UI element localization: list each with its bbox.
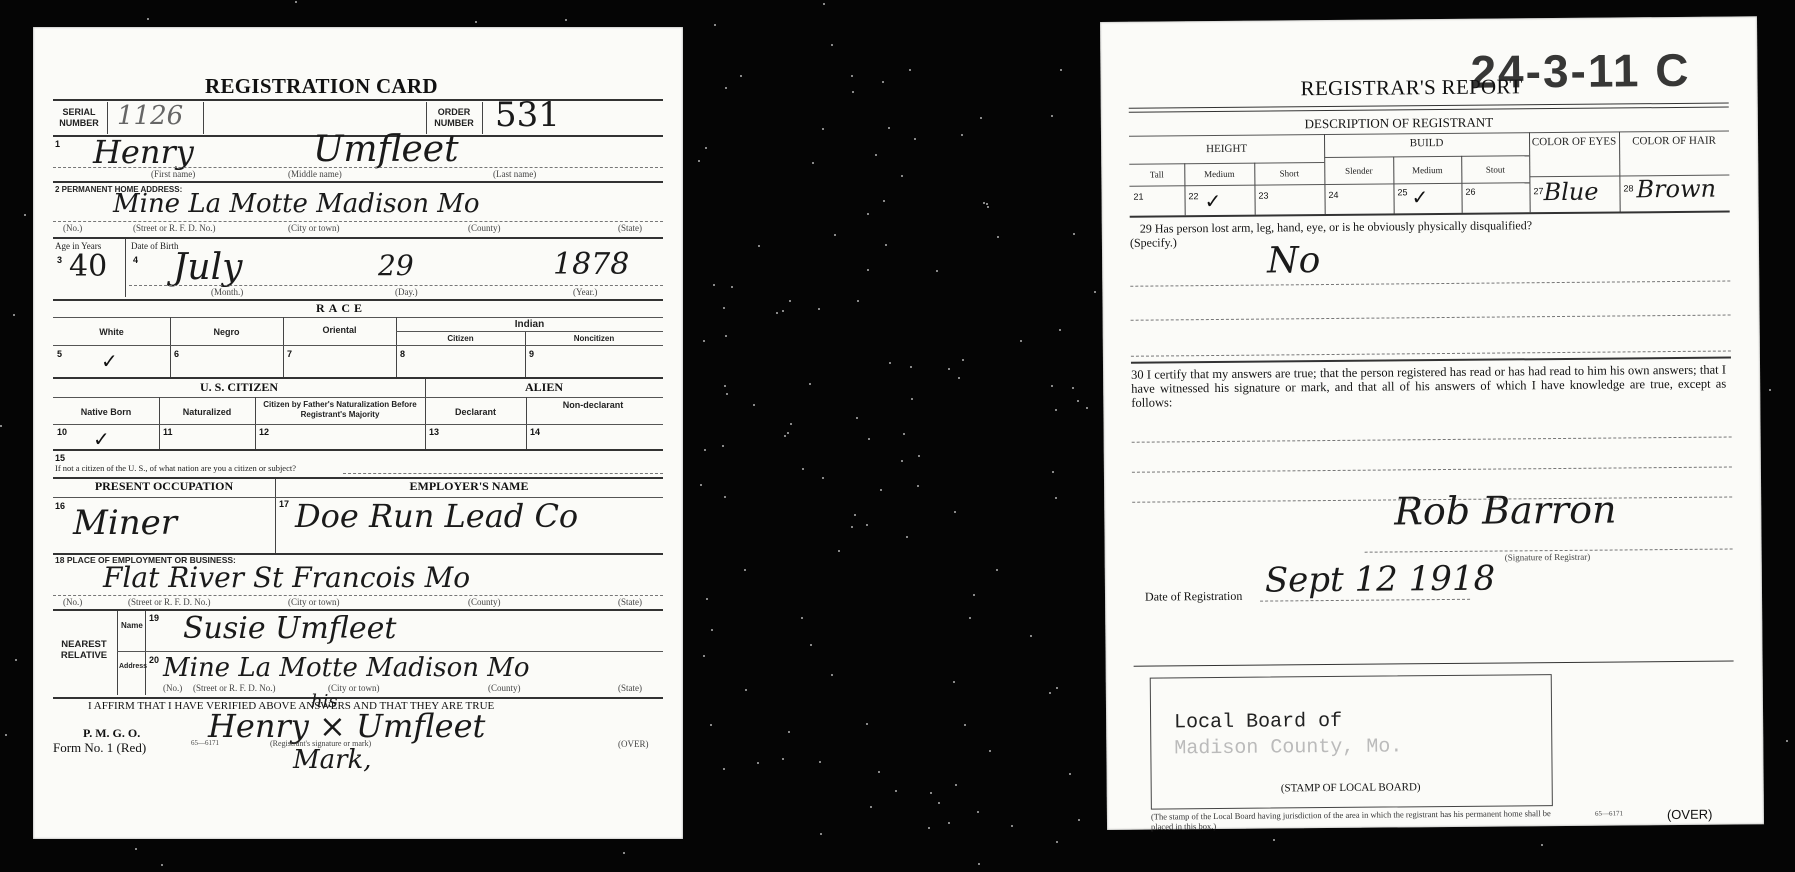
film-speck — [831, 674, 833, 676]
field-number: 14 — [530, 427, 540, 437]
registration-card: REGISTRATION CARD SERIAL NUMBER 1126 ORD… — [33, 27, 683, 839]
caption: (County) — [468, 597, 501, 607]
film-speck — [866, 524, 868, 526]
build-medium-label: Medium — [1393, 165, 1461, 176]
film-speck — [834, 234, 836, 236]
film-speck — [757, 762, 759, 764]
field-number: 6 — [174, 349, 179, 359]
film-speck — [789, 300, 791, 302]
film-speck — [867, 213, 869, 215]
build-stout-label: Stout — [1461, 164, 1529, 175]
caption: (County) — [468, 223, 501, 233]
race-title: RACE — [316, 301, 366, 316]
caption: (No.) — [63, 597, 82, 607]
field-number: 5 — [57, 349, 62, 359]
film-speck — [784, 435, 786, 437]
film-speck — [776, 312, 778, 314]
race-indian-label: Indian — [396, 319, 663, 330]
hair-color-label: COLOR OF HAIR — [1619, 135, 1729, 148]
film-speck — [851, 526, 853, 528]
film-speck — [854, 514, 856, 516]
caption: (No.) — [63, 223, 82, 233]
film-speck — [997, 236, 999, 238]
home-address: Mine La Motte Madison Mo — [113, 189, 480, 219]
stamp-county: Madison County, Mo. — [1174, 735, 1402, 760]
field-number: 12 — [259, 427, 269, 437]
field-number: 11 — [163, 427, 173, 437]
film-speck — [1056, 841, 1058, 843]
film-speck — [986, 203, 988, 205]
film-speck — [980, 117, 982, 119]
film-speck — [868, 438, 870, 440]
field-number: 25 — [1397, 187, 1407, 197]
field-number: 17 — [279, 499, 289, 509]
film-speck — [1078, 819, 1080, 821]
registrar-signature: Rob Barron — [1394, 488, 1617, 534]
occupation: Miner — [73, 503, 177, 543]
film-speck — [910, 366, 912, 368]
field-number: 27 — [1533, 186, 1543, 196]
film-speck — [987, 206, 989, 208]
first-name: Henry — [93, 133, 194, 171]
film-speck — [1059, 329, 1061, 331]
film-speck — [744, 569, 746, 571]
film-speck — [758, 245, 760, 247]
film-speck — [782, 310, 784, 312]
film-speck — [857, 300, 859, 302]
film-speck — [1541, 844, 1543, 846]
non-declarant-label: Non-declarant — [543, 400, 643, 411]
race-white-check: ✓ — [101, 349, 118, 373]
place-of-employment: Flat River St Francois Mo — [103, 561, 470, 594]
film-speck — [704, 449, 706, 451]
film-speck — [878, 771, 880, 773]
caption: (City or town) — [288, 597, 340, 607]
caption: (City or town) — [288, 223, 340, 233]
film-speck — [1049, 692, 1051, 694]
print-code: 65—6171 — [191, 739, 219, 747]
film-speck — [969, 617, 971, 619]
race-negro-label: Negro — [170, 327, 283, 337]
height-label: HEIGHT — [1129, 142, 1324, 156]
registrars-report: REGISTRAR'S REPORT 24-3-11 C DESCRIPTION… — [1100, 16, 1764, 830]
height-tall-label: Tall — [1129, 169, 1184, 179]
eye-color: Blue — [1543, 178, 1598, 206]
field-number: 28 — [1623, 183, 1633, 193]
film-speck — [930, 792, 932, 794]
film-speck — [867, 269, 869, 271]
serial-number: 1126 — [117, 101, 183, 131]
film-speck — [880, 489, 882, 491]
caption: (Street or R. F. D. No.) — [128, 597, 211, 607]
dob-label: Date of Birth — [131, 241, 179, 251]
us-citizen-title: U. S. CITIZEN — [53, 380, 425, 395]
film-speck — [13, 314, 15, 316]
over-label: (OVER) — [618, 739, 649, 749]
film-speck — [906, 536, 908, 538]
stamp-instructions: (The stamp of the Local Board having jur… — [1151, 808, 1551, 831]
film-speck — [909, 69, 911, 71]
registrar-signature-caption: (Signature of Registrar) — [1505, 552, 1591, 563]
age: 40 — [69, 249, 107, 284]
film-speck — [953, 681, 955, 683]
build-label: BUILD — [1324, 136, 1529, 150]
film-speck — [822, 128, 824, 130]
height-medium-check: ✓ — [1204, 189, 1221, 213]
film-speck — [724, 385, 726, 387]
dob-month: July — [173, 247, 242, 288]
film-speck — [740, 75, 742, 77]
film-speck — [1086, 407, 1088, 409]
film-speck — [787, 432, 789, 434]
film-speck — [745, 689, 747, 691]
card-title: REGISTRATION CARD — [205, 74, 438, 99]
employer-label: EMPLOYER'S NAME — [275, 479, 663, 494]
film-speck — [1051, 115, 1053, 117]
film-speck — [725, 87, 727, 89]
film-speck — [705, 147, 707, 149]
caption: (First name) — [151, 169, 195, 179]
film-speck — [725, 335, 727, 337]
citizen-by-father-label: Citizen by Father's Naturalization Befor… — [259, 400, 421, 420]
film-speck — [1055, 497, 1057, 499]
film-speck — [753, 404, 755, 406]
film-speck — [698, 160, 700, 162]
film-speck — [973, 594, 975, 596]
film-speck — [161, 864, 163, 866]
film-speck — [703, 340, 705, 342]
film-speck — [948, 822, 950, 824]
film-speck — [810, 644, 812, 646]
build-medium-check: ✓ — [1411, 185, 1428, 209]
film-speck — [818, 308, 820, 310]
field-number: 13 — [429, 427, 439, 437]
film-speck — [958, 377, 960, 379]
film-speck — [1069, 773, 1071, 775]
film-speck — [852, 91, 854, 93]
relative-name-label: Name — [121, 621, 143, 630]
signature-mark: Mark, — [293, 745, 372, 775]
film-speck — [15, 659, 17, 661]
film-speck — [565, 19, 567, 21]
q15-text: If not a citizen of the U. S., of what n… — [55, 463, 296, 473]
film-speck — [1020, 340, 1022, 342]
film-speck — [955, 784, 957, 786]
film-speck — [1011, 825, 1013, 827]
caption: (Day.) — [395, 287, 418, 297]
film-speck — [889, 362, 891, 364]
film-speck — [989, 750, 991, 752]
film-speck — [1051, 385, 1053, 387]
film-speck — [135, 848, 137, 850]
film-speck — [901, 175, 903, 177]
film-speck — [723, 768, 725, 770]
film-speck — [801, 617, 803, 619]
caption: (Month.) — [211, 287, 243, 297]
relative-address: Mine La Motte Madison Mo — [163, 653, 530, 683]
film-speck — [918, 455, 920, 457]
film-speck — [888, 127, 890, 129]
film-speck — [895, 790, 897, 792]
dob-day: 29 — [378, 249, 414, 282]
occupation-label: PRESENT OCCUPATION — [53, 479, 275, 494]
hair-color: Brown — [1636, 175, 1716, 204]
field-number: 7 — [287, 349, 292, 359]
film-speck — [885, 244, 887, 246]
film-speck — [809, 383, 811, 385]
film-speck — [820, 833, 822, 835]
field-number: 10 — [57, 427, 67, 437]
film-speck — [802, 468, 804, 470]
declarant-label: Declarant — [425, 407, 526, 417]
film-speck — [901, 460, 903, 462]
film-speck — [1786, 740, 1788, 742]
film-speck — [812, 162, 814, 164]
caption: (State) — [618, 683, 642, 693]
film-speck — [713, 284, 715, 286]
alien-title: ALIEN — [425, 380, 663, 395]
field-number: 19 — [149, 613, 159, 623]
film-speck — [706, 598, 708, 600]
file-number-stamp: 24-3-11 C — [1470, 43, 1690, 99]
q29-text: 29 Has person lost arm, leg, hand, eye, … — [1140, 218, 1532, 236]
form-id-pmgo: P. M. G. O. — [83, 726, 140, 741]
dob-year: 1878 — [553, 247, 629, 282]
film-speck — [875, 154, 877, 156]
film-speck — [24, 214, 26, 216]
film-speck — [1030, 635, 1032, 637]
film-speck — [996, 569, 998, 571]
caption: (Year.) — [573, 287, 597, 297]
film-speck — [475, 21, 477, 23]
height-medium-label: Medium — [1184, 169, 1254, 180]
field-number: 16 — [55, 501, 65, 511]
film-speck — [978, 863, 980, 865]
film-speck — [5, 734, 7, 736]
q29-answer: No — [1267, 240, 1321, 281]
film-speck — [723, 307, 725, 309]
field-number: 22 — [1188, 191, 1198, 201]
film-speck — [903, 433, 905, 435]
race-oriental-label: Oriental — [283, 325, 396, 335]
caption: (Street or R. F. D. No.) — [193, 683, 276, 693]
film-speck — [1769, 389, 1771, 391]
film-speck — [726, 393, 728, 395]
field-number: 26 — [1465, 187, 1475, 197]
film-speck — [977, 811, 979, 813]
caption: (No.) — [163, 683, 182, 693]
order-number: 531 — [495, 95, 560, 135]
relative-address-label: Address — [119, 663, 147, 670]
nearest-relative-label: NEAREST RELATIVE — [53, 639, 115, 661]
film-speck — [295, 1, 297, 3]
eye-color-label: COLOR OF EYES — [1529, 135, 1619, 148]
film-speck — [851, 75, 853, 77]
relative-name: Susie Umfleet — [183, 611, 396, 646]
film-speck — [710, 724, 712, 726]
film-speck — [722, 445, 724, 447]
signature-caption: (Registrant's signature or mark) — [270, 739, 371, 748]
film-speck — [724, 496, 726, 498]
race-white-label: White — [53, 327, 170, 337]
film-speck — [703, 655, 705, 657]
film-speck — [788, 731, 790, 733]
field-number: 24 — [1328, 190, 1338, 200]
field-number: 23 — [1258, 191, 1268, 201]
film-speck — [866, 723, 868, 725]
description-title: DESCRIPTION OF REGISTRANT — [1129, 113, 1669, 134]
serial-number-label: SERIAL NUMBER — [53, 107, 105, 129]
film-speck — [917, 485, 919, 487]
form-id-number: Form No. 1 (Red) — [53, 740, 146, 756]
film-speck — [1056, 687, 1058, 689]
over-label: (OVER) — [1667, 807, 1713, 822]
film-speck — [882, 81, 884, 83]
film-speck — [1273, 839, 1275, 841]
caption: (Middle name) — [288, 169, 342, 179]
field-number: 9 — [529, 349, 534, 359]
film-speck — [790, 423, 792, 425]
film-speck — [962, 359, 964, 361]
date-of-registration: Sept 12 1918 — [1265, 559, 1496, 601]
caption: (State) — [618, 223, 642, 233]
field-number: 1 — [55, 139, 60, 149]
film-speck — [938, 802, 940, 804]
film-speck — [623, 852, 625, 854]
employer: Doe Run Lead Co — [295, 497, 578, 535]
race-indian-noncitizen-label: Noncitizen — [525, 334, 663, 343]
film-speck — [1060, 69, 1062, 71]
field-number: 4 — [133, 255, 138, 265]
field-number: 8 — [400, 349, 405, 359]
order-number-label: ORDER NUMBER — [428, 107, 480, 129]
caption: (Last name) — [493, 169, 536, 179]
film-speck — [714, 24, 716, 26]
film-speck — [838, 550, 840, 552]
caption: (Street or R. F. D. No.) — [133, 223, 216, 233]
film-speck — [819, 761, 821, 763]
film-speck — [961, 134, 963, 136]
film-speck — [1055, 409, 1057, 411]
height-short-label: Short — [1254, 168, 1324, 179]
build-slender-label: Slender — [1324, 165, 1393, 176]
caption: (State) — [618, 597, 642, 607]
film-speck — [914, 138, 916, 140]
film-speck — [147, 18, 149, 20]
field-number: 3 — [57, 255, 62, 265]
film-speck — [964, 724, 966, 726]
film-speck — [870, 806, 872, 808]
film-speck — [1077, 400, 1079, 402]
film-speck — [1094, 291, 1096, 293]
film-speck — [731, 286, 733, 288]
film-speck — [1073, 233, 1075, 235]
film-speck — [983, 202, 985, 204]
caption: (County) — [488, 683, 521, 693]
film-speck — [0, 425, 2, 427]
film-speck — [954, 511, 956, 513]
film-speck — [831, 44, 833, 46]
film-speck — [936, 270, 938, 272]
print-code: 65—6171 — [1595, 809, 1623, 817]
native-born-check: ✓ — [93, 427, 110, 451]
native-born-label: Native Born — [53, 407, 159, 417]
naturalized-label: Naturalized — [159, 407, 255, 417]
film-speck — [782, 758, 784, 760]
film-speck — [700, 484, 702, 486]
film-speck — [823, 3, 825, 5]
field-number: 21 — [1133, 192, 1143, 202]
film-speck — [1072, 387, 1074, 389]
film-speck — [1052, 471, 1054, 473]
date-of-registration-label: Date of Registration — [1145, 589, 1242, 605]
film-speck — [948, 368, 950, 370]
q29-specify: (Specify.) — [1130, 235, 1177, 250]
film-speck — [911, 398, 913, 400]
film-speck — [711, 629, 713, 631]
film-speck — [928, 827, 930, 829]
last-name: Umfleet — [313, 129, 459, 170]
race-indian-citizen-label: Citizen — [396, 334, 525, 343]
film-speck — [856, 417, 858, 419]
film-speck — [883, 200, 885, 202]
film-speck — [822, 477, 824, 479]
q30-certification: 30 I certify that my answers are true; t… — [1131, 363, 1726, 410]
stamp-local-board: Local Board of — [1174, 710, 1342, 734]
field-number: 20 — [149, 655, 159, 665]
field-number: 15 — [55, 453, 65, 463]
